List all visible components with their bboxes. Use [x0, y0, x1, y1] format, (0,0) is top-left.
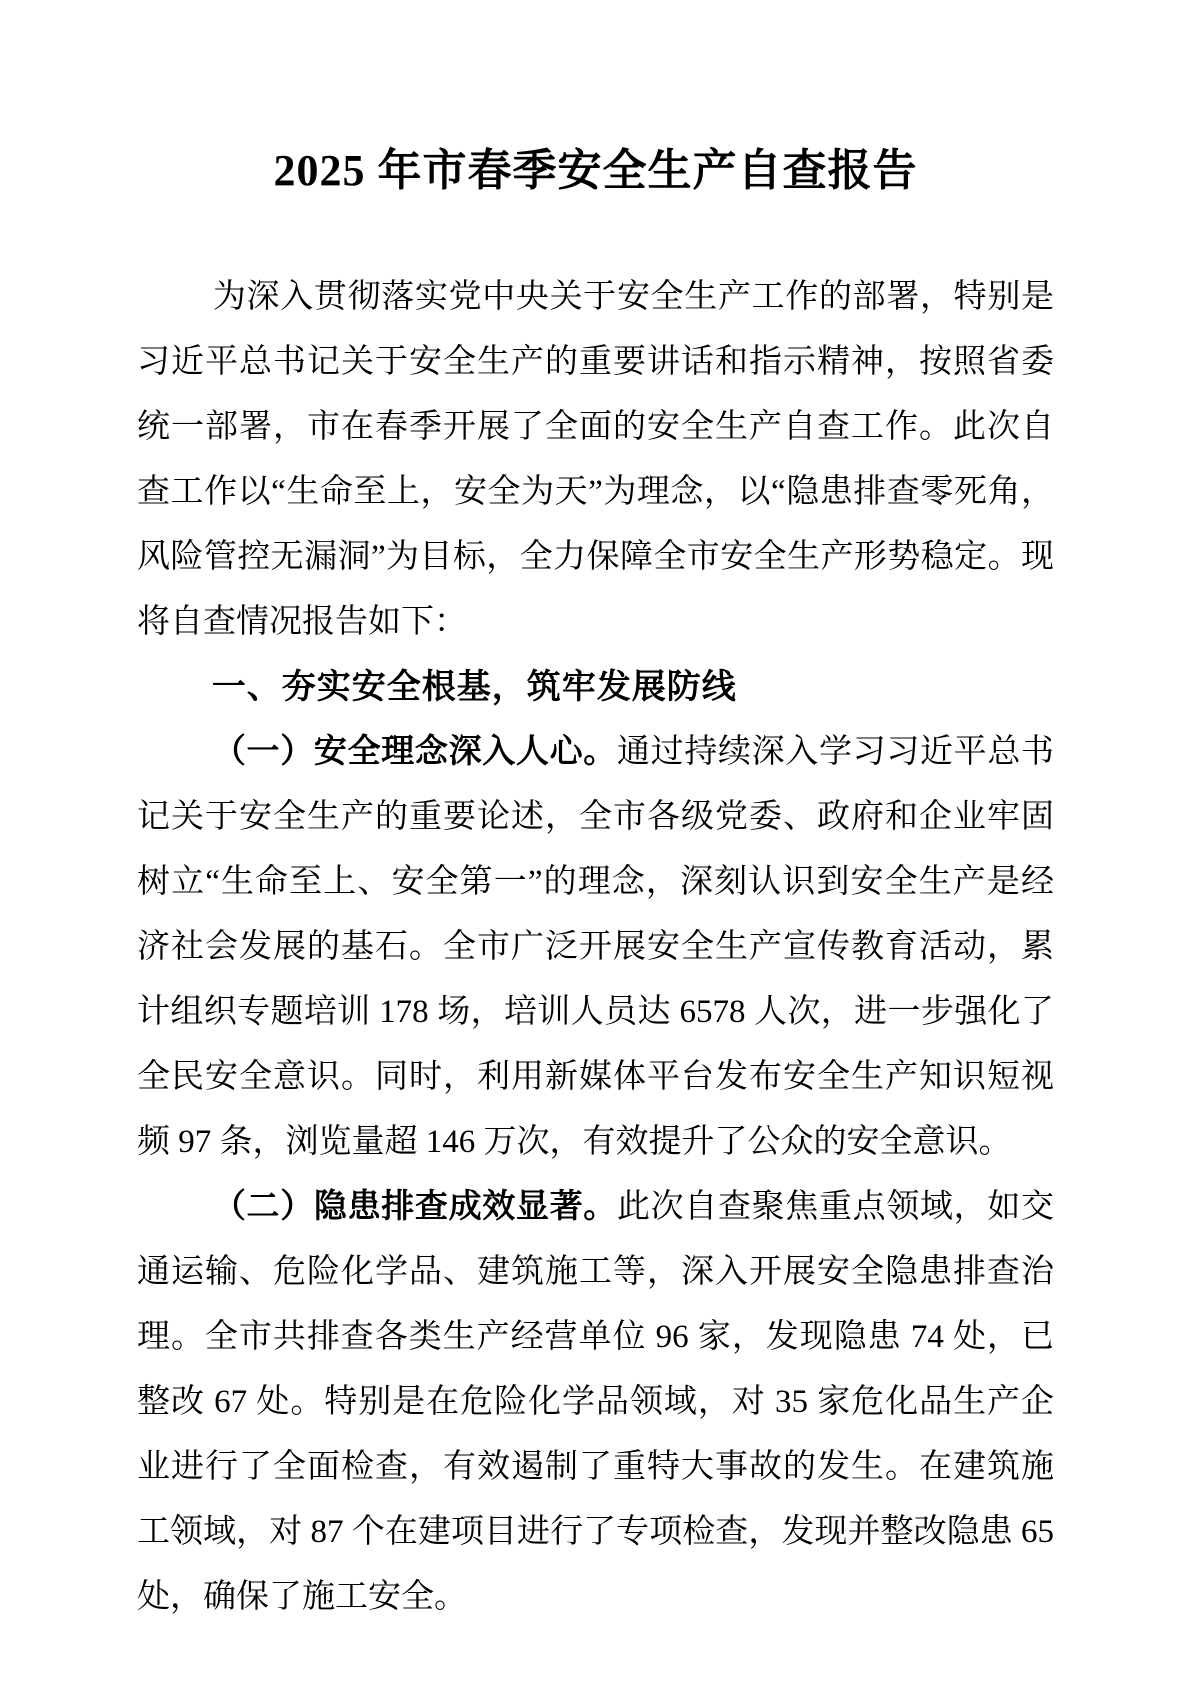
sub-paragraph-1: （一）安全理念深入人心。通过持续深入学习习近平总书记关于安全生产的重要论述，全市…	[137, 720, 1054, 1175]
document-title: 2025 年市春季安全生产自查报告	[137, 140, 1054, 202]
sub-paragraph-1-lead: （一）安全理念深入人心。	[213, 734, 617, 770]
sub-paragraph-2-text: 此次自查聚焦重点领域，如交通运输、危险化学品、建筑施工等，深入开展安全隐患排查治…	[137, 1189, 1054, 1615]
section-1-heading: 一、夯实安全根基，筑牢发展防线	[137, 655, 1054, 720]
sub-paragraph-2: （二）隐患排查成效显著。此次自查聚焦重点领域，如交通运输、危险化学品、建筑施工等…	[137, 1175, 1054, 1630]
document-page: 2025 年市春季安全生产自查报告 为深入贯彻落实党中央关于安全生产工作的部署，…	[0, 0, 1190, 1683]
sub-paragraph-2-lead: （二）隐患排查成效显著。	[213, 1189, 617, 1225]
sub-paragraph-1-text: 通过持续深入学习习近平总书记关于安全生产的重要论述，全市各级党委、政府和企业牢固…	[137, 734, 1054, 1160]
intro-paragraph: 为深入贯彻落实党中央关于安全生产工作的部署，特别是习近平总书记关于安全生产的重要…	[137, 265, 1054, 655]
